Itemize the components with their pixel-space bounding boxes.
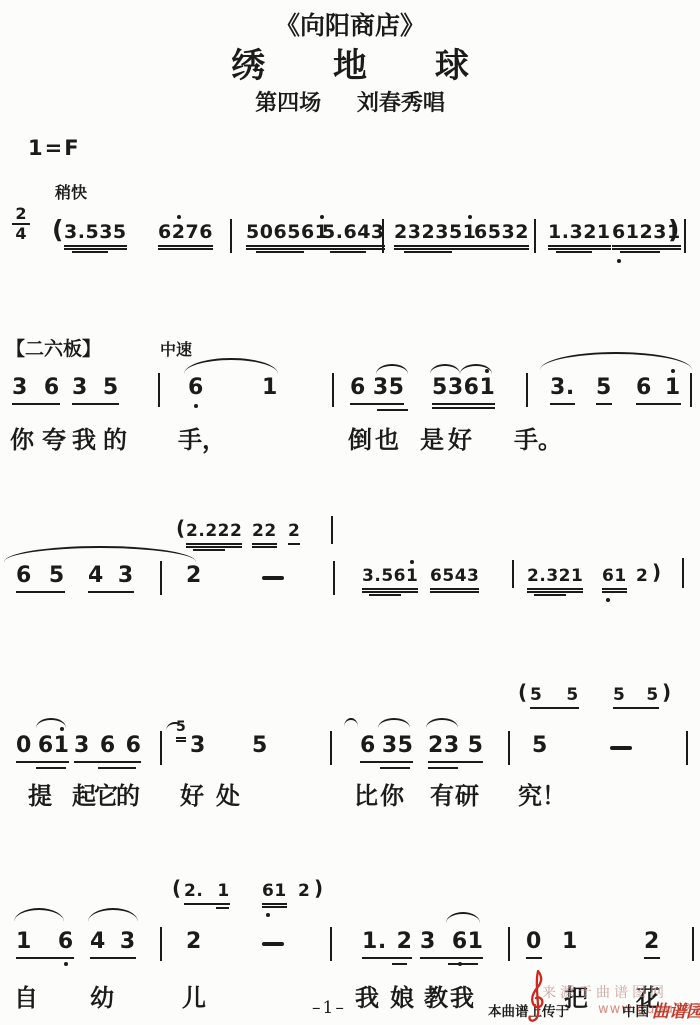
note-digit: 3 <box>99 222 113 243</box>
jianpu-note: 61 <box>262 882 287 901</box>
slur-arc <box>540 352 692 370</box>
beam-line <box>420 957 483 959</box>
beam-line <box>602 588 627 590</box>
lyric-char: 的 <box>103 420 127 455</box>
jianpu-note: 3 <box>190 734 206 758</box>
beam-line <box>322 245 385 247</box>
slur-arc <box>36 718 66 728</box>
beam-line-partial <box>369 594 402 596</box>
lyric-char: 幼 <box>90 978 114 1013</box>
beam-line <box>362 957 412 959</box>
note-digit: 0 <box>16 734 32 758</box>
jianpu-note: 5 <box>596 376 612 400</box>
beam-line <box>64 245 127 247</box>
note-digit: 3 <box>64 222 78 243</box>
beam-line <box>474 245 529 247</box>
note-digit: 5 <box>646 686 658 705</box>
note-digit: 3 <box>546 567 558 586</box>
note-digit: 5 <box>398 734 414 758</box>
note-digit: 5 <box>530 686 542 705</box>
barline <box>508 927 510 961</box>
beam-line <box>16 957 74 959</box>
jianpu-note: 6276 <box>158 222 213 243</box>
beam-line-partial <box>556 251 592 253</box>
jianpu-note: 6532 <box>474 222 529 243</box>
barline <box>512 560 514 588</box>
jianpu-note: 3.561 <box>362 567 418 586</box>
note-digit: 6 <box>636 376 652 400</box>
jianpu-note: 65 <box>16 564 65 588</box>
note-digit: 6 <box>158 222 172 243</box>
beam-line <box>612 245 681 247</box>
octave-dot-low <box>266 913 270 917</box>
beam-line-partial <box>534 594 567 596</box>
barline <box>508 731 510 765</box>
note-digit: 6 <box>58 930 74 954</box>
beam-line <box>252 543 277 545</box>
beam-line <box>288 543 300 545</box>
jianpu-note: 3.535 <box>64 222 127 243</box>
note-digit: 6 <box>199 222 213 243</box>
parenthesis: ( <box>518 682 527 702</box>
note-digit: 3 <box>550 376 566 400</box>
parenthesis: ) <box>668 217 679 242</box>
beam-line <box>596 403 612 405</box>
beam-line <box>246 245 328 247</box>
note-digit: 2 <box>421 222 435 243</box>
note-digit: 3 <box>467 567 479 586</box>
beam-line <box>548 245 611 247</box>
lyric-char: 儿 <box>182 978 206 1013</box>
note-digit: 3 <box>382 734 398 758</box>
note-digit: 3 <box>569 222 583 243</box>
note-digit: 6 <box>452 930 468 954</box>
jianpu-note: 35 <box>72 376 119 400</box>
jianpu-note: 1.2 <box>362 930 412 954</box>
score-area: (3.53562765065615.64323235165321.3216123… <box>0 0 700 1025</box>
beam-line <box>428 761 483 763</box>
note-digit: 2 <box>583 222 597 243</box>
lyric-char: 夸 <box>42 420 66 455</box>
lyric-char: 你 <box>10 420 34 455</box>
beam-line <box>362 588 418 590</box>
beam-segment <box>216 907 229 909</box>
barline <box>330 927 332 961</box>
note-digit: 5 <box>85 222 99 243</box>
note-digit: 6 <box>430 567 442 586</box>
beam-line <box>158 245 213 247</box>
note-digit: . <box>336 222 344 243</box>
note-digit: 0 <box>260 222 274 243</box>
beam-line <box>430 591 479 593</box>
note-digit: 2 <box>428 734 444 758</box>
note-digit: 6 <box>301 222 315 243</box>
beam-line <box>262 903 287 905</box>
beam-line <box>548 248 611 250</box>
beam-line <box>252 546 277 548</box>
note-digit: . <box>378 930 387 954</box>
beam-line <box>360 761 413 763</box>
octave-dot-low <box>606 598 610 602</box>
lyric-char: 是 <box>420 420 444 455</box>
lyric-char: 我 <box>72 420 96 455</box>
beam-line <box>74 761 141 763</box>
note-digit: 5 <box>468 734 484 758</box>
note-digit: 6 <box>262 882 274 901</box>
jianpu-note: 5 <box>252 734 268 758</box>
note-digit: 1 <box>54 734 70 758</box>
lyric-char: 也 <box>375 420 399 455</box>
note-digit: 2 <box>559 567 571 586</box>
barline <box>333 561 335 595</box>
beam-segment <box>36 767 66 769</box>
lyric-char: 手。 <box>514 420 562 455</box>
note-digit: . <box>196 882 203 901</box>
beam-line <box>322 248 385 250</box>
note-digit: 5 <box>103 376 119 400</box>
beam-line <box>90 957 136 959</box>
note-digit: 4 <box>357 222 371 243</box>
note-digit: 5 <box>613 686 625 705</box>
note-digit: 2 <box>186 930 202 954</box>
lyric-char: 好 <box>180 776 204 811</box>
beam-line <box>362 591 418 593</box>
octave-dot-low <box>64 962 68 966</box>
beam-segment <box>380 767 410 769</box>
note-digit: 3 <box>362 567 374 586</box>
lyric-char: 手， <box>178 420 226 455</box>
note-digit: 2 <box>264 522 276 541</box>
sheet-music-page: { "colors": { "ink": "#1b1b1b", "red": "… <box>0 0 700 1025</box>
beam-line-partial <box>620 251 660 253</box>
slur-arc <box>88 908 138 922</box>
jianpu-note: 635 <box>350 376 404 400</box>
octave-dot-low <box>617 259 621 263</box>
note-digit: 4 <box>455 567 467 586</box>
jianpu-note: 55 <box>613 686 659 705</box>
jianpu-note: 3. <box>550 376 575 400</box>
octave-dot-low <box>194 404 198 408</box>
beam-line <box>16 591 65 593</box>
note-digit: 2 <box>639 222 653 243</box>
note-digit: 3 <box>72 376 88 400</box>
barline <box>158 373 160 407</box>
lyric-char: 你 <box>380 776 404 811</box>
note-digit: 3 <box>74 734 90 758</box>
barline <box>686 731 688 765</box>
note-digit: 6 <box>612 222 626 243</box>
note-digit: 3 <box>408 222 422 243</box>
note-digit: 1 <box>16 930 32 954</box>
jianpu-note: 2 <box>636 567 648 586</box>
beam-segment <box>377 409 408 411</box>
beam-segment <box>98 767 136 769</box>
slur-arc <box>4 546 196 562</box>
beam-line <box>262 906 287 908</box>
note-digit: 6 <box>464 376 480 400</box>
jianpu-note: 5361 <box>432 376 495 400</box>
note-digit: 5 <box>488 222 502 243</box>
jianpu-note: 1.321 <box>548 222 611 243</box>
note-digit: 1 <box>665 376 681 400</box>
slur-arc <box>376 364 408 374</box>
beam-line <box>430 588 479 590</box>
barline <box>534 219 536 253</box>
barline <box>160 731 162 765</box>
jianpu-note: 6543 <box>430 567 479 586</box>
note-digit: 1 <box>262 376 278 400</box>
note-digit: 2 <box>288 522 300 541</box>
beam-line <box>394 248 476 250</box>
note-digit: 1 <box>406 567 418 586</box>
parenthesis: ) <box>662 682 671 702</box>
lyric-char: 处 <box>216 776 240 811</box>
note-digit: 6 <box>44 376 60 400</box>
note-digit: 3 <box>373 376 389 400</box>
note-digit: 3 <box>435 222 449 243</box>
jianpu-note: 2 <box>186 930 202 954</box>
jianpu-note: 1 <box>562 930 578 954</box>
note-digit: 1 <box>571 567 583 586</box>
note-digit: 1 <box>626 222 640 243</box>
note-digit: 5 <box>442 567 454 586</box>
barline <box>690 373 692 407</box>
note-digit: 2 <box>644 930 660 954</box>
note-digit: 5 <box>252 734 268 758</box>
note-digit: 1 <box>468 930 484 954</box>
note-digit: 3 <box>12 376 28 400</box>
beam-line-partial <box>256 251 304 253</box>
note-digit: 5 <box>322 222 336 243</box>
note-digit: 1 <box>274 882 286 901</box>
jianpu-note: 2 <box>298 882 310 901</box>
held-note-dash <box>262 942 284 946</box>
lyric-char: 提 <box>28 776 52 811</box>
note-digit: 4 <box>88 564 104 588</box>
jianpu-note: 22 <box>252 522 277 541</box>
slur-arc <box>460 364 492 374</box>
note-digit: 6 <box>16 564 32 588</box>
slur-arc <box>14 908 64 922</box>
jianpu-note: 2 <box>644 930 660 954</box>
note-digit: 2 <box>636 567 648 586</box>
treble-clef-icon <box>524 970 550 1025</box>
jianpu-note: 361 <box>420 930 483 954</box>
lyric-char: 好 <box>448 420 472 455</box>
slur-arc <box>344 718 358 727</box>
note-digit: 2 <box>186 522 198 541</box>
note-digit: . <box>78 222 86 243</box>
note-digit: . <box>562 222 570 243</box>
jianpu-note: 061 <box>16 734 69 758</box>
beam-line-partial <box>72 251 108 253</box>
note-digit: 2 <box>515 222 529 243</box>
barline <box>230 219 232 253</box>
beam-line <box>246 248 328 250</box>
barline <box>332 373 334 407</box>
octave-dot-high <box>468 215 472 219</box>
note-digit: 2 <box>186 564 202 588</box>
beam-line <box>72 403 119 405</box>
beam-line <box>636 403 681 405</box>
note-digit: 2 <box>527 567 539 586</box>
note-digit: 5 <box>389 376 405 400</box>
note-digit: 3 <box>448 376 464 400</box>
beam-line <box>64 248 127 250</box>
slur-arc <box>446 912 480 923</box>
note-digit: 6 <box>100 734 116 758</box>
barline <box>684 219 686 253</box>
note-digit: 5 <box>449 222 463 243</box>
lyric-char: 有 <box>430 776 454 811</box>
jianpu-note: 55 <box>530 686 579 705</box>
note-digit: 5 <box>113 222 127 243</box>
note-digit: 3 <box>420 930 436 954</box>
note-digit: 5 <box>596 376 612 400</box>
jianpu-note: 2.321 <box>527 567 583 586</box>
note-digit: 1 <box>362 930 378 954</box>
barline <box>160 561 162 595</box>
beam-line <box>88 591 134 593</box>
note-digit: 1 <box>479 376 495 400</box>
lyric-char: 教 <box>424 978 448 1013</box>
parenthesis: ( <box>172 878 181 898</box>
note-digit: 1 <box>548 222 562 243</box>
beam-line <box>474 248 529 250</box>
parenthesis: ( <box>52 217 63 242</box>
slur-arc <box>184 358 278 374</box>
note-digit: 2 <box>205 522 217 541</box>
barline <box>682 558 684 588</box>
octave-dot-high <box>410 560 414 564</box>
note-digit: 6 <box>474 222 488 243</box>
note-digit: 5 <box>532 734 548 758</box>
note-digit: 5 <box>381 567 393 586</box>
beam-line <box>527 588 583 590</box>
parenthesis: ( <box>176 518 185 538</box>
beam-line <box>158 248 213 250</box>
barline <box>692 927 694 961</box>
note-digit: 5 <box>432 376 448 400</box>
jianpu-note: 2.222 <box>186 522 242 541</box>
lyric-char: 我 <box>450 978 474 1013</box>
note-digit: 2 <box>397 930 413 954</box>
jianpu-note: 43 <box>88 564 134 588</box>
jianpu-note: 635 <box>360 734 413 758</box>
jianpu-note: 0 <box>526 930 542 954</box>
jianpu-note: 6 <box>188 376 204 400</box>
octave-dot-high <box>177 215 181 219</box>
held-note-dash <box>610 746 632 750</box>
note-digit: 2 <box>252 522 264 541</box>
barline <box>160 927 162 961</box>
jianpu-note: 36 <box>12 376 60 400</box>
note-digit: 4 <box>90 930 106 954</box>
beam-line <box>550 403 575 405</box>
jianpu-note: 235 <box>428 734 483 758</box>
jianpu-note: 5 <box>532 734 548 758</box>
note-digit: 5 <box>246 222 260 243</box>
note-digit: 0 <box>526 930 542 954</box>
note-digit: 3 <box>118 564 134 588</box>
beam-line <box>176 737 186 739</box>
jianpu-note: 232351 <box>394 222 476 243</box>
beam-line <box>350 403 404 405</box>
note-digit: 3 <box>501 222 515 243</box>
note-digit: . <box>198 522 205 541</box>
lyric-char: 它 <box>94 776 118 811</box>
beam-segment <box>392 963 407 965</box>
beam-line <box>16 761 69 763</box>
note-digit: 2 <box>394 222 408 243</box>
octave-dot-high <box>320 215 324 219</box>
beam-line <box>530 707 579 709</box>
beam-line <box>613 707 659 709</box>
note-digit: 6 <box>273 222 287 243</box>
jianpu-note: 2.1 <box>184 882 230 901</box>
jianpu-note: 2 <box>186 564 202 588</box>
site-name-black-text: 中国 <box>622 1000 649 1020</box>
note-digit: 6 <box>360 734 376 758</box>
note-digit: 3 <box>444 734 460 758</box>
beam-line <box>186 543 242 545</box>
note-digit: 2 <box>172 222 186 243</box>
held-note-dash <box>262 576 284 580</box>
note-digit: 1 <box>614 567 626 586</box>
beam-line <box>602 591 627 593</box>
lyric-char: 倒 <box>348 420 372 455</box>
note-digit: . <box>539 567 546 586</box>
note-digit: 5 <box>287 222 301 243</box>
parenthesis: ) <box>314 878 323 898</box>
beam-line <box>184 903 230 905</box>
beam-line <box>12 403 60 405</box>
lyric-char: 自 <box>14 978 38 1013</box>
jianpu-note: 2 <box>288 522 300 541</box>
lyric-char: 的 <box>116 776 140 811</box>
note-digit: 6 <box>394 567 406 586</box>
note-digit: 3 <box>120 930 136 954</box>
slur-arc <box>378 718 410 728</box>
note-digit: 6 <box>188 376 204 400</box>
jianpu-note: 1 <box>262 376 278 400</box>
page-number: –1– <box>312 998 346 1018</box>
note-digit: 3 <box>653 222 667 243</box>
note-digit: 6 <box>343 222 357 243</box>
lyric-char: 研 <box>455 776 479 811</box>
note-digit: 6 <box>602 567 614 586</box>
beam-line-partial <box>193 549 226 551</box>
lyric-char: 娘 <box>390 978 414 1013</box>
note-digit: . <box>374 567 381 586</box>
jianpu-note: 16 <box>16 930 74 954</box>
note-digit: 2 <box>184 882 196 901</box>
note-digit: 1 <box>597 222 611 243</box>
note-digit: 2 <box>230 522 242 541</box>
lyric-char: 我 <box>355 978 379 1013</box>
note-digit: 6 <box>126 734 142 758</box>
note-digit: . <box>566 376 575 400</box>
beam-segment <box>448 963 478 965</box>
beam-line <box>612 248 681 250</box>
jianpu-note: 366 <box>74 734 141 758</box>
beam-line-partial <box>404 251 452 253</box>
jianpu-note: 506561 <box>246 222 328 243</box>
lyric-char: 比 <box>354 776 378 811</box>
note-digit: 6 <box>350 376 366 400</box>
note-digit: 1 <box>562 930 578 954</box>
beam-line <box>644 957 660 959</box>
